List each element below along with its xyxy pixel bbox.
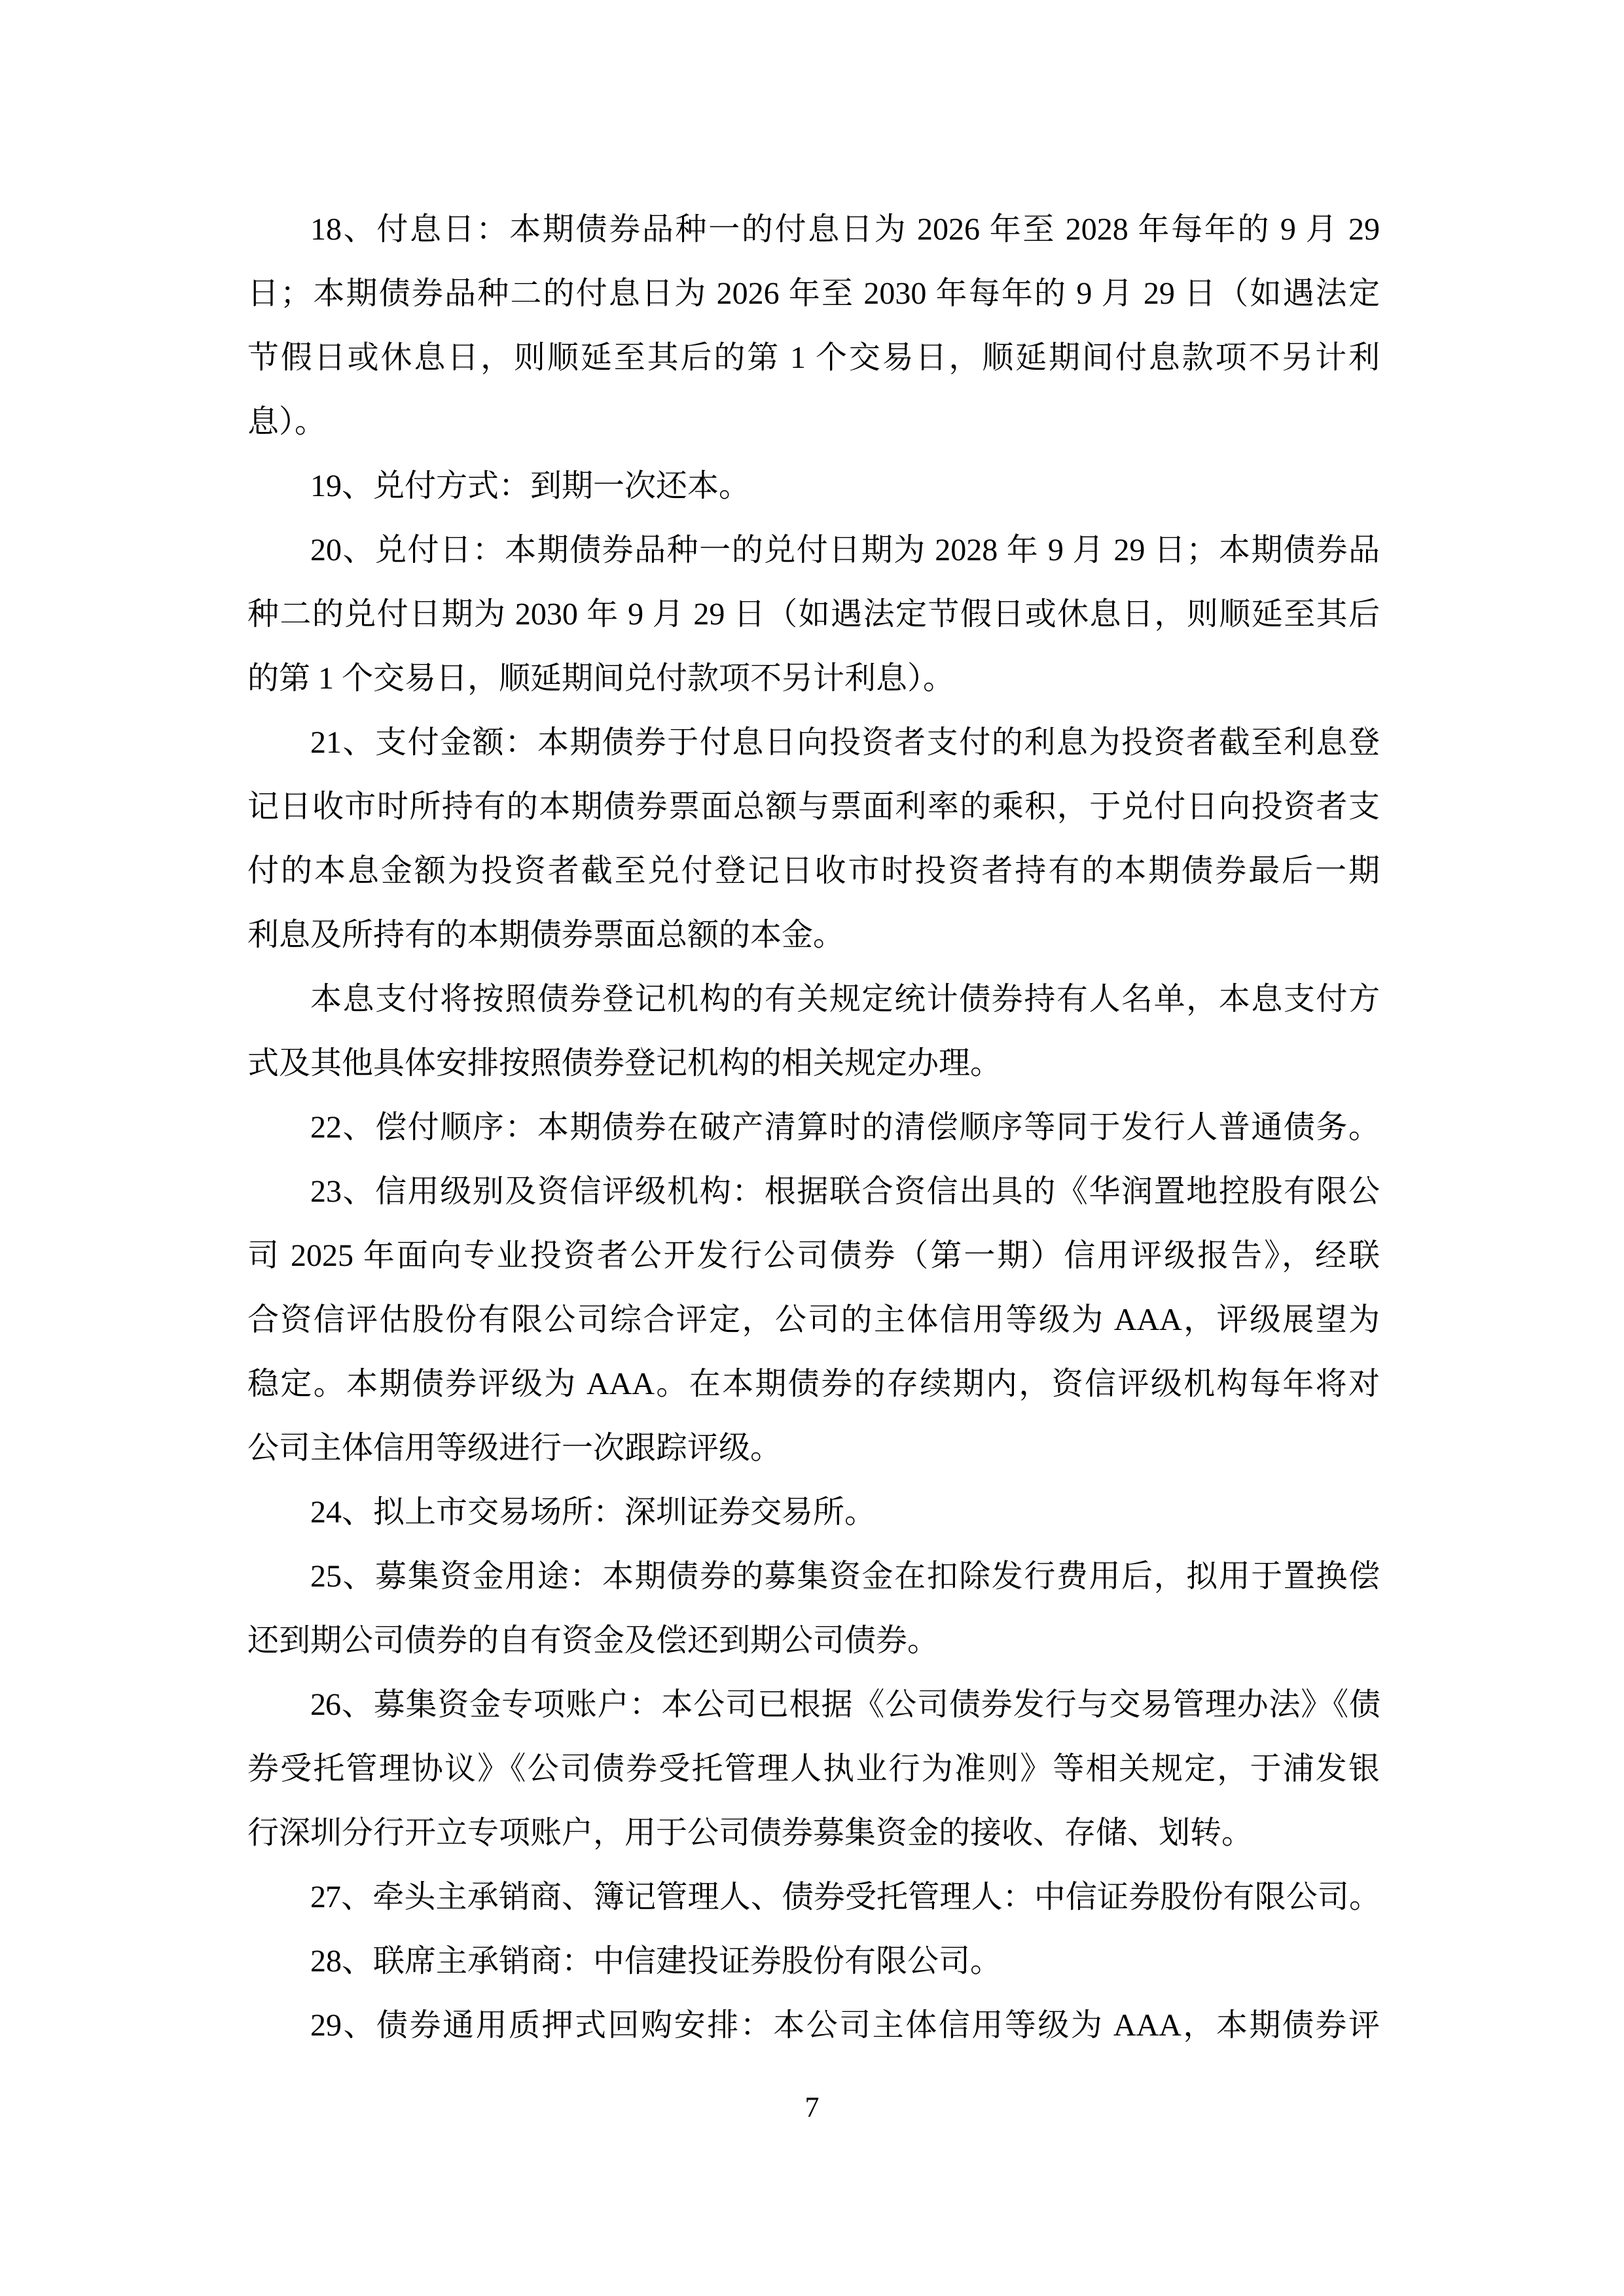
text-line: 日；本期债券品种二的付息日为 2026 年至 2030 年每年的 9 月 29 … — [247, 262, 1380, 326]
paragraph-21: 21、支付金额：本期债券于付息日向投资者支付的利息为投资者截至利息登 记日收市时… — [247, 711, 1380, 967]
paragraph-28: 28、联席主承销商：中信建投证券股份有限公司。 — [247, 1929, 1380, 1994]
text-line: 记日收市时所持有的本期债券票面总额与票面利率的乘积，于兑付日向投资者支 — [247, 775, 1380, 839]
text-line: 21、支付金额：本期债券于付息日向投资者支付的利息为投资者截至利息登 — [247, 711, 1380, 775]
document-body: 18、付息日：本期债券品种一的付息日为 2026 年至 2028 年每年的 9 … — [247, 198, 1380, 2058]
paragraph-26: 26、募集资金专项账户：本公司已根据《公司债券发行与交易管理办法》《债 券受托管… — [247, 1673, 1380, 1865]
paragraph-22: 22、偿付顺序：本期债券在破产清算时的清偿顺序等同于发行人普通债务。 — [247, 1096, 1380, 1160]
page-number: 7 — [0, 2088, 1624, 2127]
paragraph-27: 27、牵头主承销商、簿记管理人、债券受托管理人：中信证券股份有限公司。 — [247, 1865, 1380, 1929]
text-line: 还到期公司债券的自有资金及偿还到期公司债券。 — [247, 1609, 1380, 1673]
text-line: 付的本息金额为投资者截至兑付登记日收市时投资者持有的本期债券最后一期 — [247, 839, 1380, 903]
paragraph-20: 20、兑付日：本期债券品种一的兑付日期为 2028 年 9 月 29 日；本期债… — [247, 518, 1380, 711]
text-line: 本息支付将按照债券登记机构的有关规定统计债券持有人名单，本息支付方 — [247, 967, 1380, 1031]
text-line: 稳定。本期债券评级为 AAA。在本期债券的存续期内，资信评级机构每年将对 — [247, 1352, 1380, 1416]
text-line: 息）。 — [247, 390, 1380, 454]
text-line: 28、联席主承销商：中信建投证券股份有限公司。 — [247, 1929, 1380, 1994]
text-line: 的第 1 个交易日，顺延期间兑付款项不另计利息）。 — [247, 647, 1380, 711]
paragraph-19: 19、兑付方式：到期一次还本。 — [247, 454, 1380, 518]
text-line: 24、拟上市交易场所：深圳证券交易所。 — [247, 1480, 1380, 1545]
paragraph-25: 25、募集资金用途：本期债券的募集资金在扣除发行费用后，拟用于置换偿 还到期公司… — [247, 1545, 1380, 1673]
text-line: 券受托管理协议》《公司债券受托管理人执业行为准则》等相关规定，于浦发银 — [247, 1737, 1380, 1801]
paragraph-23: 23、信用级别及资信评级机构：根据联合资信出具的《华润置地控股有限公 司 202… — [247, 1160, 1380, 1480]
text-line: 利息及所持有的本期债券票面总额的本金。 — [247, 903, 1380, 967]
text-line: 行深圳分行开立专项账户，用于公司债券募集资金的接收、存储、划转。 — [247, 1801, 1380, 1865]
text-line: 节假日或休息日，则顺延至其后的第 1 个交易日，顺延期间付息款项不另计利 — [247, 326, 1380, 390]
text-line: 22、偿付顺序：本期债券在破产清算时的清偿顺序等同于发行人普通债务。 — [247, 1096, 1380, 1160]
paragraph-payment-note: 本息支付将按照债券登记机构的有关规定统计债券持有人名单，本息支付方 式及其他具体… — [247, 967, 1380, 1096]
text-line: 29、债券通用质押式回购安排：本公司主体信用等级为 AAA，本期债券评 — [247, 1994, 1380, 2058]
text-line: 司 2025 年面向专业投资者公开发行公司债券（第一期）信用评级报告》，经联 — [247, 1224, 1380, 1288]
text-line: 25、募集资金用途：本期债券的募集资金在扣除发行费用后，拟用于置换偿 — [247, 1545, 1380, 1609]
text-line: 19、兑付方式：到期一次还本。 — [247, 454, 1380, 518]
text-line: 20、兑付日：本期债券品种一的兑付日期为 2028 年 9 月 29 日；本期债… — [247, 518, 1380, 583]
text-line: 27、牵头主承销商、簿记管理人、债券受托管理人：中信证券股份有限公司。 — [247, 1865, 1380, 1929]
text-line: 26、募集资金专项账户：本公司已根据《公司债券发行与交易管理办法》《债 — [247, 1673, 1380, 1737]
text-line: 合资信评估股份有限公司综合评定，公司的主体信用等级为 AAA，评级展望为 — [247, 1288, 1380, 1352]
text-line: 公司主体信用等级进行一次跟踪评级。 — [247, 1416, 1380, 1480]
paragraph-29: 29、债券通用质押式回购安排：本公司主体信用等级为 AAA，本期债券评 — [247, 1994, 1380, 2058]
text-line: 式及其他具体安排按照债券登记机构的相关规定办理。 — [247, 1031, 1380, 1096]
paragraph-18: 18、付息日：本期债券品种一的付息日为 2026 年至 2028 年每年的 9 … — [247, 198, 1380, 454]
paragraph-24: 24、拟上市交易场所：深圳证券交易所。 — [247, 1480, 1380, 1545]
text-line: 种二的兑付日期为 2030 年 9 月 29 日（如遇法定节假日或休息日，则顺延… — [247, 583, 1380, 647]
document-page: 18、付息日：本期债券品种一的付息日为 2026 年至 2028 年每年的 9 … — [0, 0, 1624, 2296]
text-line: 23、信用级别及资信评级机构：根据联合资信出具的《华润置地控股有限公 — [247, 1160, 1380, 1224]
text-line: 18、付息日：本期债券品种一的付息日为 2026 年至 2028 年每年的 9 … — [247, 198, 1380, 262]
